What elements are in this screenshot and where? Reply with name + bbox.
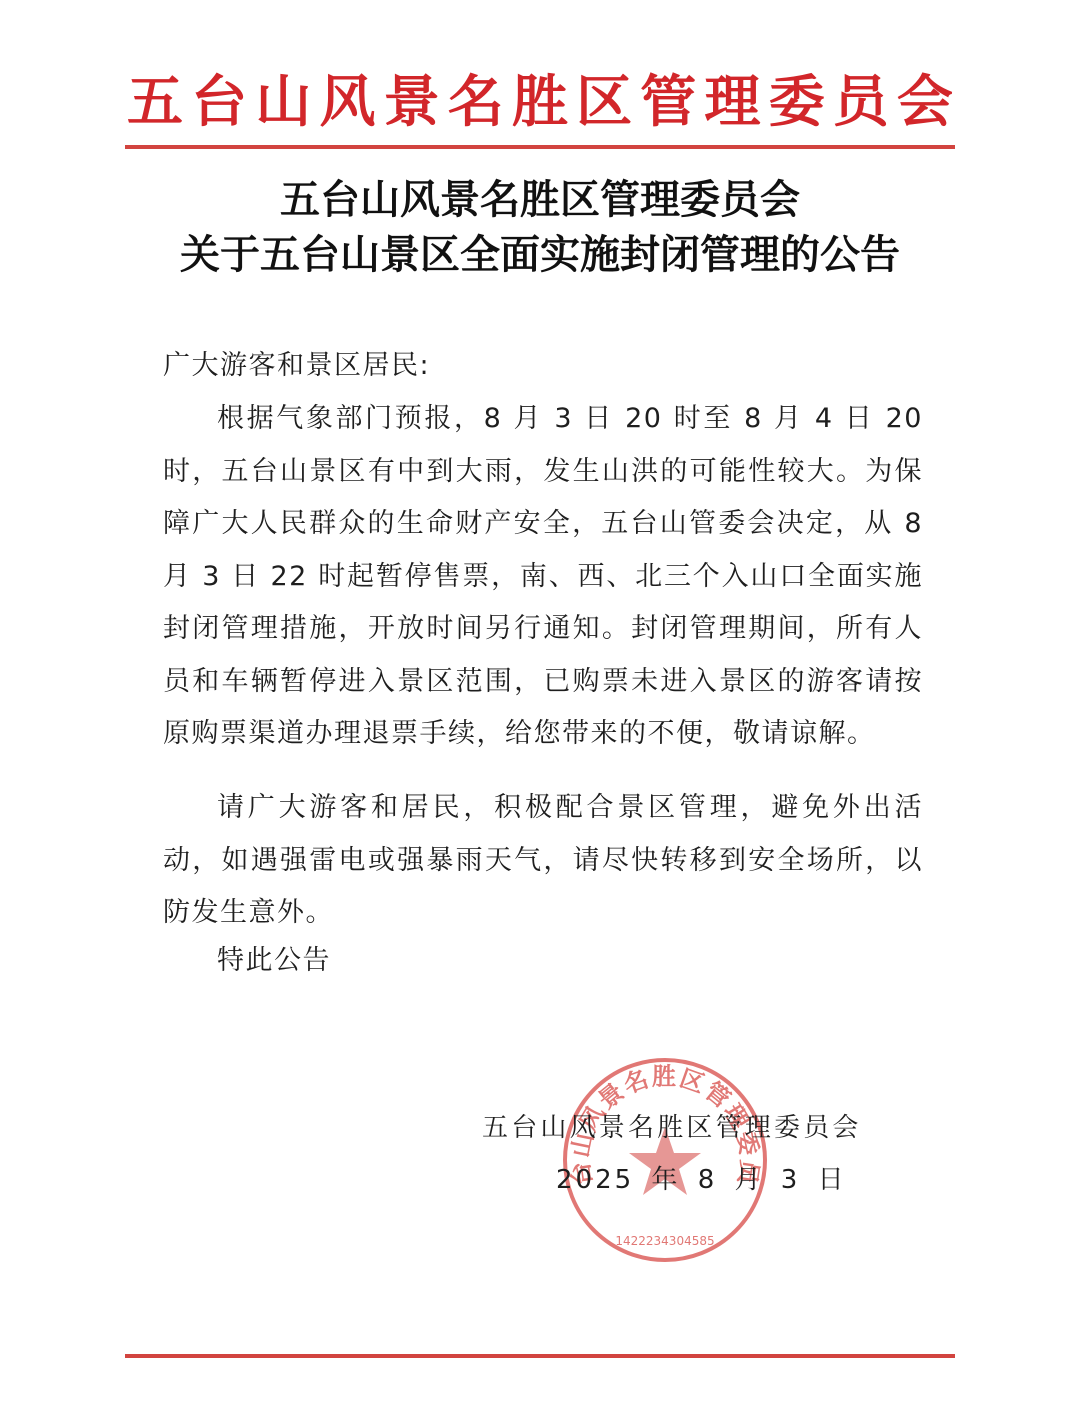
letterhead-char: 名 (446, 58, 506, 138)
letterhead-char: 风 (317, 58, 377, 138)
paragraph-safety-advice: 请广大游客和居民，积极配合景区管理，避免外出活动，如遇强雷电或强暴雨天气，请尽快… (163, 782, 923, 940)
closing-phrase: 特此公告 (217, 935, 331, 987)
red-divider-bottom (125, 1354, 955, 1358)
signature-organization: 五台山风景名胜区管理委员会 (482, 1108, 862, 1148)
document-title-line2: 关于五台山景区全面实施封闭管理的公告 (0, 223, 1080, 280)
red-divider-top (125, 145, 955, 149)
letterhead-char: 员 (831, 58, 891, 138)
seal-serial-number: 1422234304585 (615, 1234, 714, 1248)
letterhead-char: 景 (382, 58, 442, 138)
document-title-line1: 五台山风景名胜区管理委员会 (0, 168, 1080, 225)
letterhead-char: 理 (702, 58, 762, 138)
letterhead-char: 山 (253, 58, 313, 138)
letterhead-char: 管 (638, 58, 698, 138)
letterhead-char: 五 (125, 58, 185, 138)
letterhead-char: 台 (189, 58, 249, 138)
letterhead: 五台山风景名胜区管理委员会 (125, 62, 955, 134)
letterhead-char: 胜 (510, 58, 570, 138)
letterhead-char: 委 (767, 58, 827, 138)
letterhead-char: 区 (574, 58, 634, 138)
signature-date: 2025 年 8 月 3 日 (556, 1160, 847, 1200)
salutation: 广大游客和景区居民: (163, 340, 923, 393)
paragraph-announcement: 根据气象部门预报，8 月 3 日 20 时至 8 月 4 日 20 时，五台山景… (163, 393, 923, 761)
letterhead-char: 会 (895, 58, 955, 138)
